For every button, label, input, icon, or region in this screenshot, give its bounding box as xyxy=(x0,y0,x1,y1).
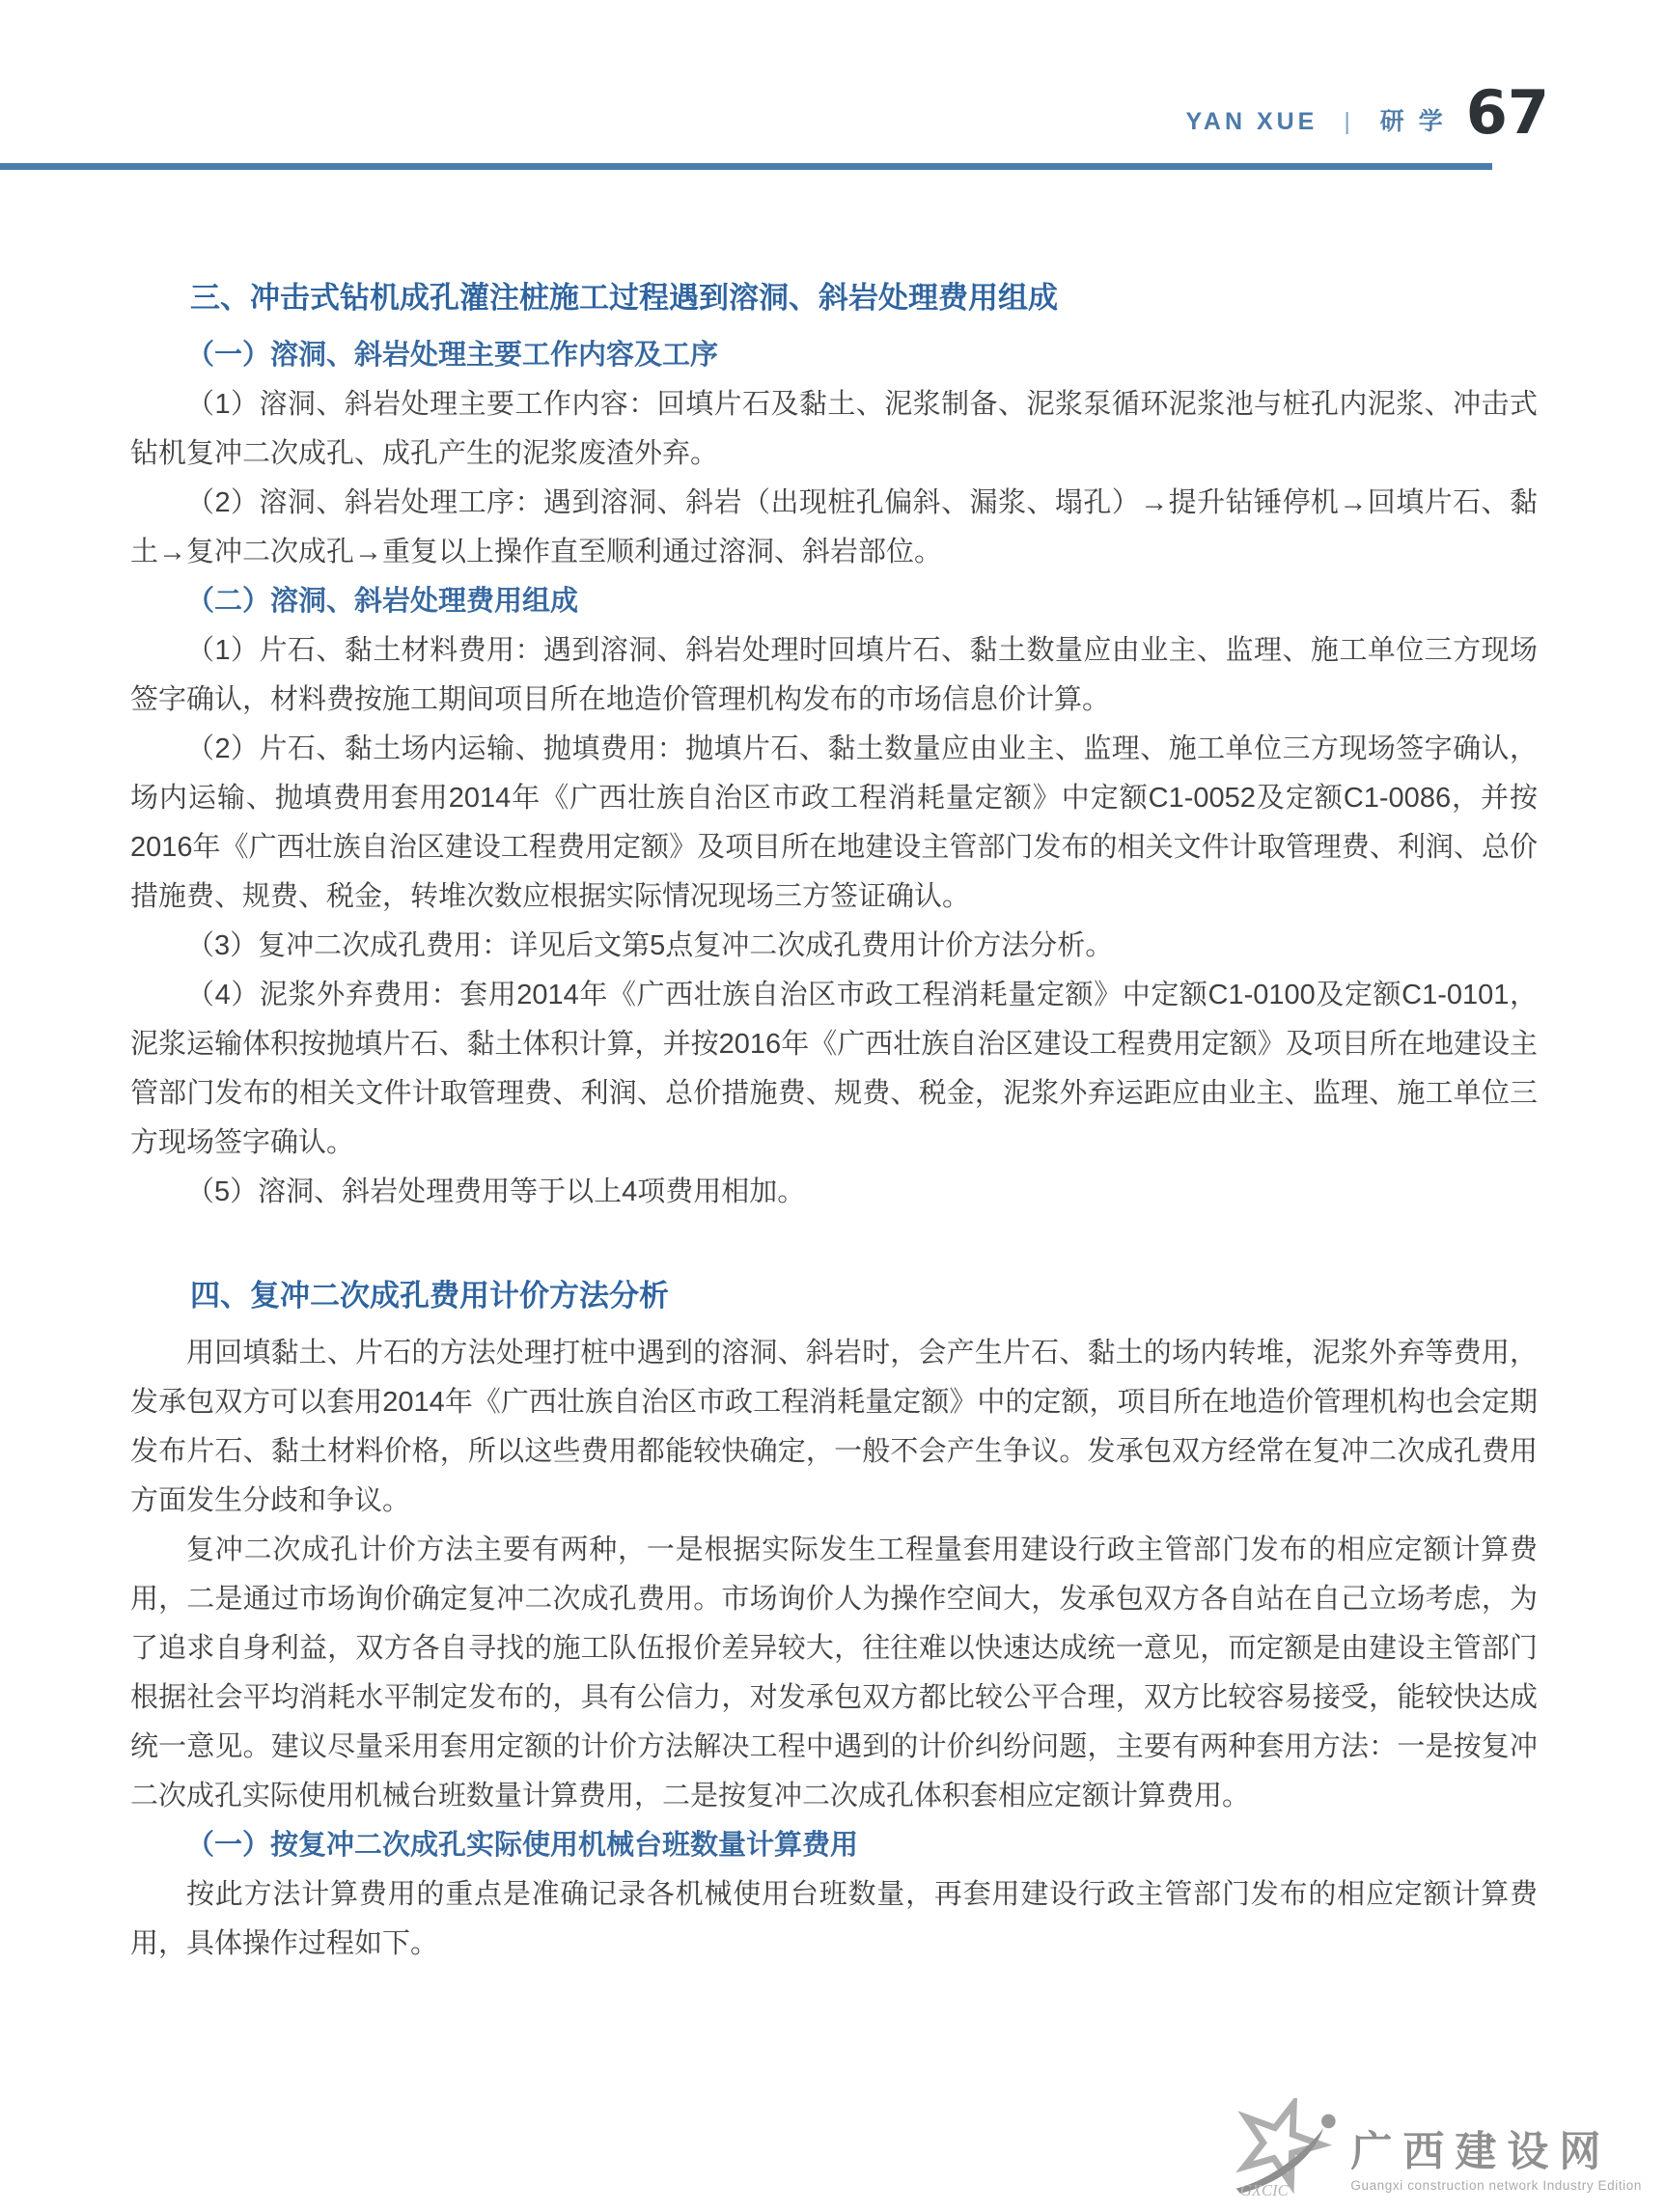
paragraph: 按此方法计算费用的重点是准确记录各机械使用台班数量，再套用建设行政主管部门发布的… xyxy=(130,1870,1538,1969)
page-number: 67 xyxy=(1466,83,1549,143)
paragraph: （1）溶洞、斜岩处理主要工作内容：回填片石及黏土、泥浆制备、泥浆泵循环泥浆池与桩… xyxy=(130,380,1538,479)
page-header: YAN XUE | 研 学 67 xyxy=(1186,83,1549,143)
logo-acronym: GXCIC xyxy=(1240,2181,1290,2198)
logo-dot xyxy=(1321,2115,1336,2129)
paragraph: （5）溶洞、斜岩处理费用等于以上4项费用相加。 xyxy=(130,1168,1538,1217)
journal-name-cn: 研 学 xyxy=(1380,108,1447,135)
journal-section-label: YAN XUE | 研 学 xyxy=(1186,89,1447,137)
star-swoosh-icon: GXCIC xyxy=(1221,2098,1343,2198)
site-name: 广西建设网 xyxy=(1350,2130,1642,2175)
paragraph: （2）溶洞、斜岩处理工序：遇到溶洞、斜岩（出现桩孔偏斜、漏浆、塌孔）→提升钻锤停… xyxy=(130,479,1538,577)
journal-name-en: YAN XUE xyxy=(1186,108,1318,135)
paragraph: （2）片石、黏土场内运输、抛填费用：抛填片石、黏土数量应由业主、监理、施工单位三… xyxy=(130,725,1538,922)
paragraph: （1）片石、黏土材料费用：遇到溶洞、斜岩处理时回填片石、黏土数量应由业主、监理、… xyxy=(130,626,1538,725)
paragraph: 用回填黏土、片石的方法处理打桩中遇到的溶洞、斜岩时，会产生片石、黏土的场内转堆，… xyxy=(130,1329,1538,1526)
paragraph: 复冲二次成孔计价方法主要有两种，一是根据实际发生工程量套用建设行政主管部门发布的… xyxy=(130,1526,1538,1821)
header-rule xyxy=(0,163,1492,170)
subsection-heading-3-1: （一）溶洞、斜岩处理主要工作内容及工序 xyxy=(130,331,1538,380)
publisher-text: 广西建设网 Guangxi construction network Indus… xyxy=(1350,2130,1642,2198)
section-heading-4: 四、复冲二次成孔费用计价方法分析 xyxy=(130,1271,1538,1320)
publisher-logo: GXCIC 广西建设网 Guangxi construction network… xyxy=(1221,2098,1642,2198)
section-heading-3: 三、冲击式钻机成孔灌注桩施工过程遇到溶洞、斜岩处理费用组成 xyxy=(130,273,1538,322)
subsection-heading-4-1: （一）按复冲二次成孔实际使用机械台班数量计算费用 xyxy=(130,1821,1538,1870)
article-body: 三、冲击式钻机成孔灌注桩施工过程遇到溶洞、斜岩处理费用组成 （一）溶洞、斜岩处理… xyxy=(130,273,1538,1969)
magazine-page: YAN XUE | 研 学 67 三、冲击式钻机成孔灌注桩施工过程遇到溶洞、斜岩… xyxy=(0,0,1665,2212)
site-subtitle: Guangxi construction network Industry Ed… xyxy=(1350,2178,1642,2193)
subsection-heading-3-2: （二）溶洞、斜岩处理费用组成 xyxy=(130,577,1538,626)
paragraph: （4）泥浆外弃费用：套用2014年《广西壮族自治区市政工程消耗量定额》中定额C1… xyxy=(130,971,1538,1168)
header-separator: | xyxy=(1344,108,1354,135)
paragraph: （3）复冲二次成孔费用：详见后文第5点复冲二次成孔费用计价方法分析。 xyxy=(130,922,1538,971)
